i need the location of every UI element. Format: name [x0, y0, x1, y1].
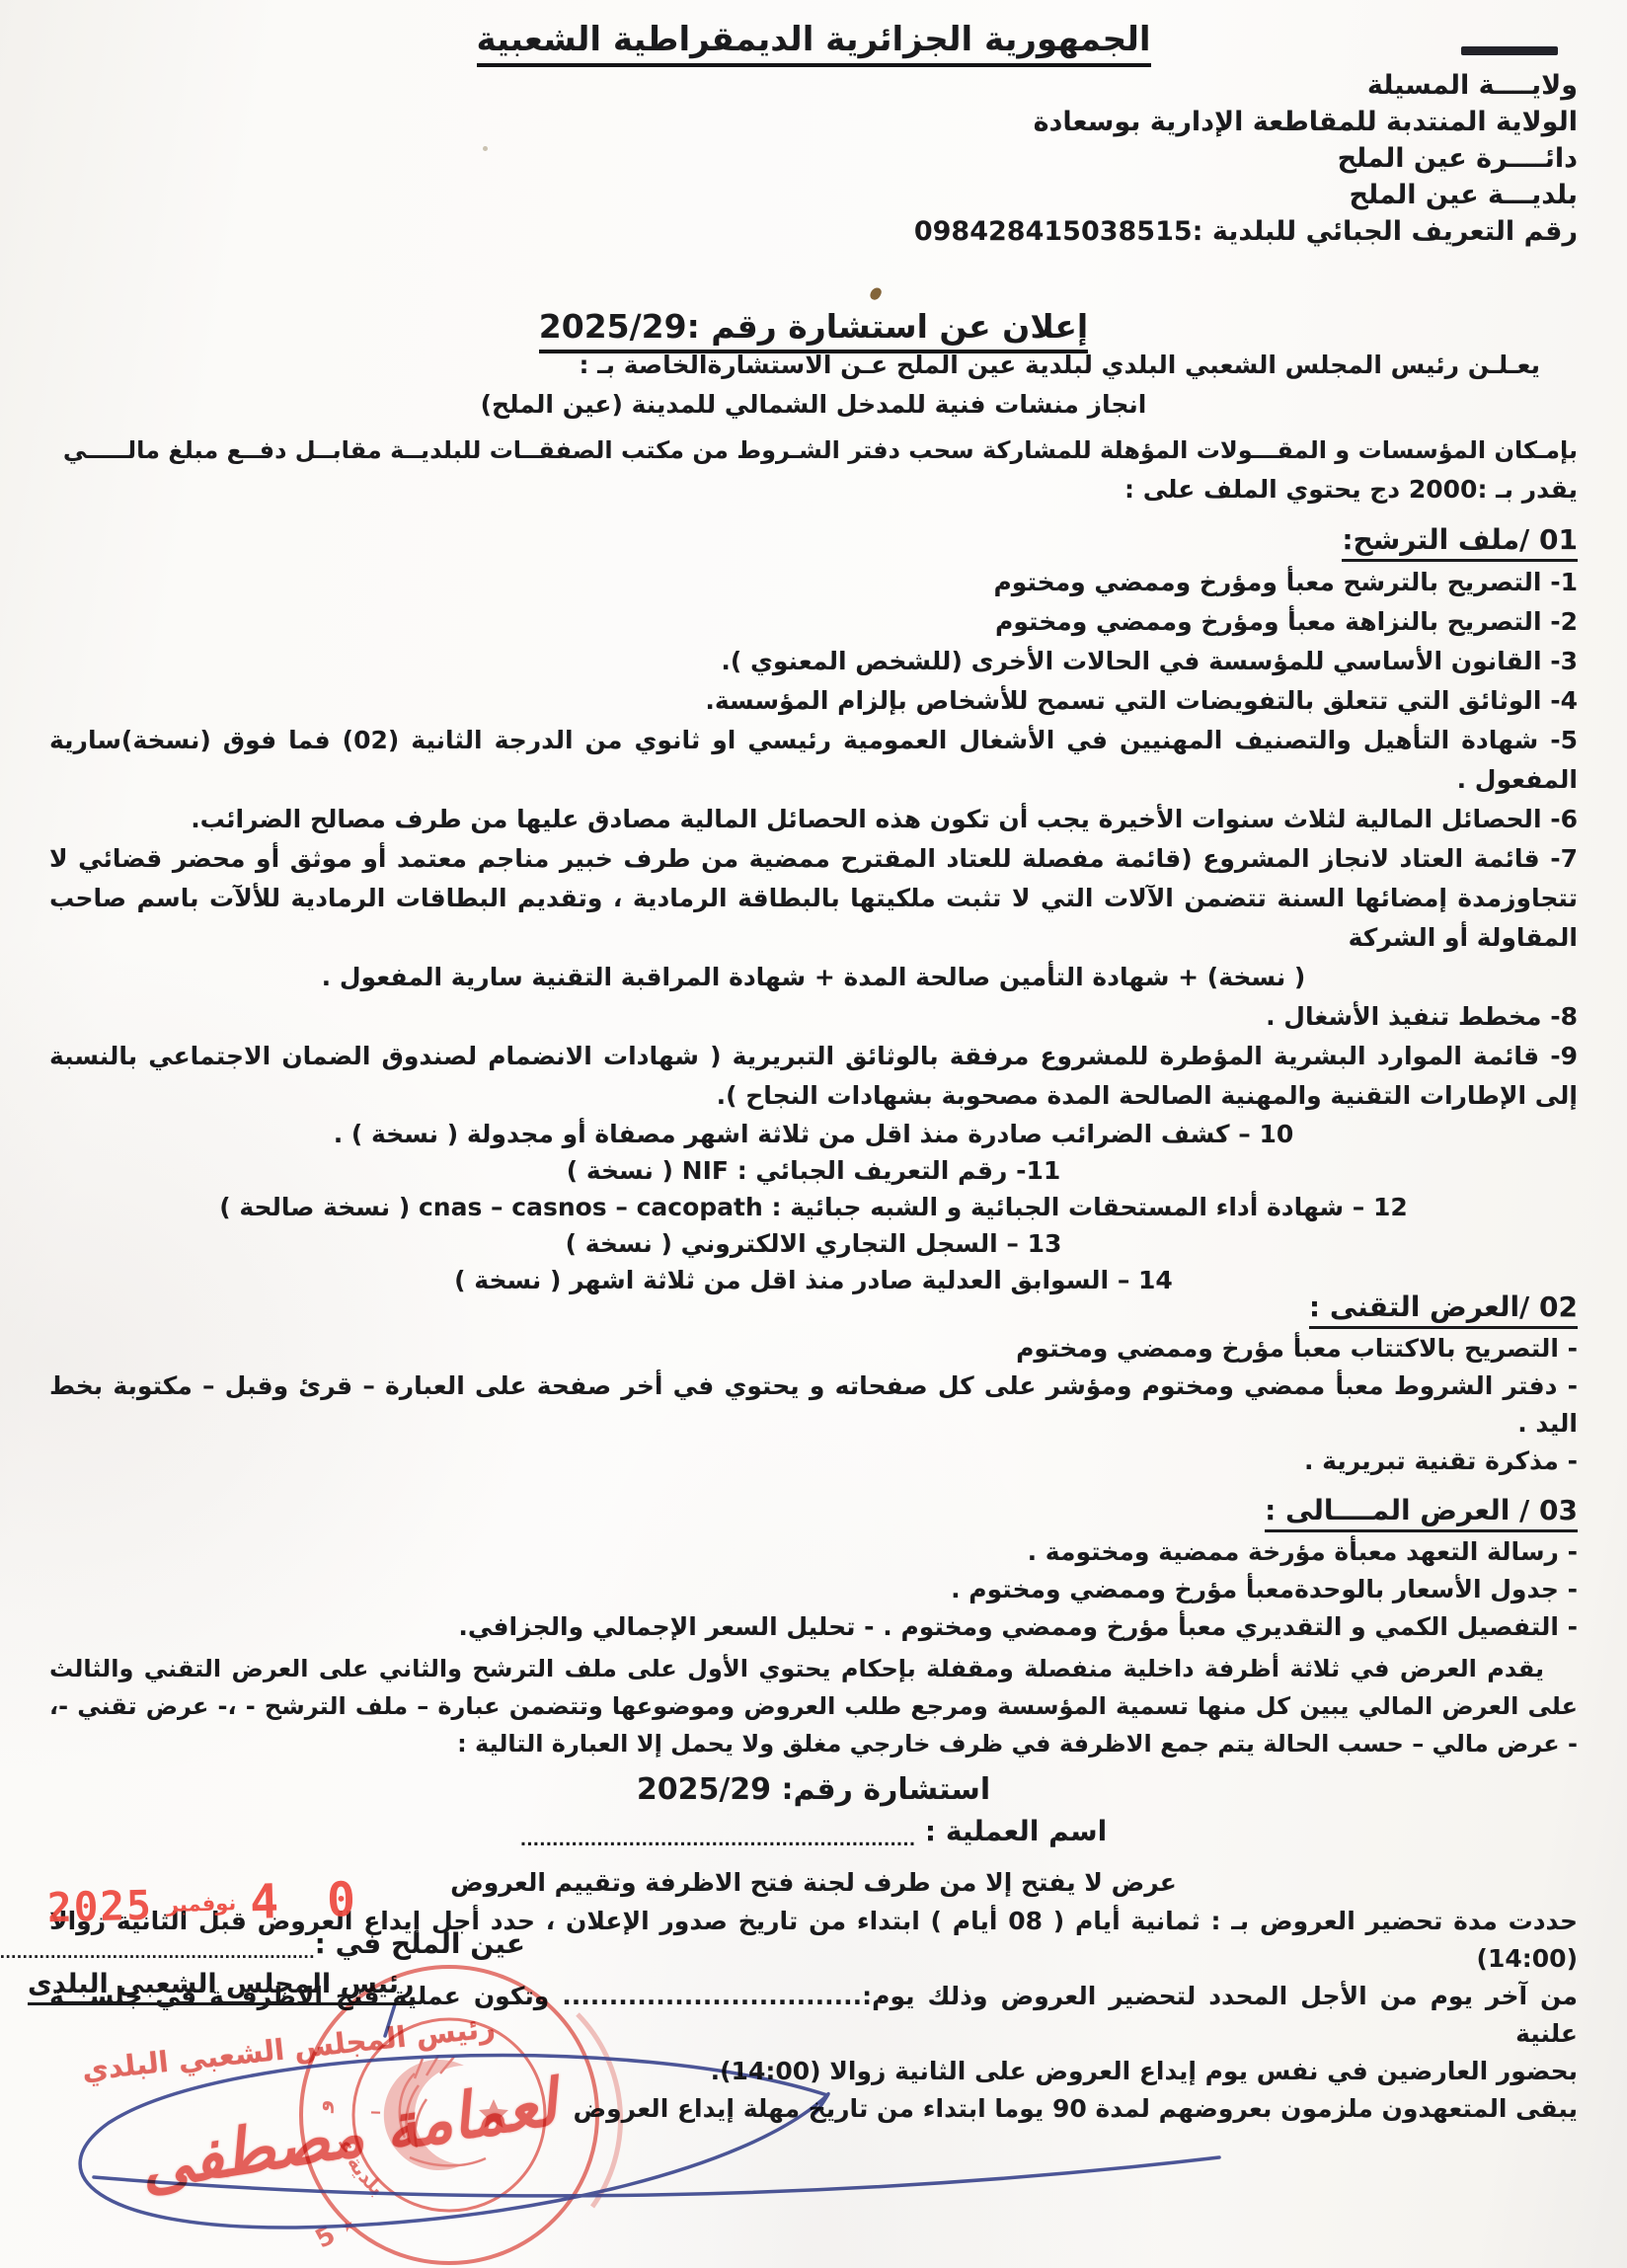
- candidacy-item-7: 7- قائمة العتاد لانجاز المشروع (قائمة مف…: [49, 839, 1578, 958]
- place-blank: ........................................…: [0, 1944, 315, 1960]
- section-candidacy-heading: 01 /ملف الترشح:: [49, 517, 1578, 563]
- country-title-text: الجمهورية الجزائرية الديمقراطية الشعبية: [477, 20, 1151, 67]
- date-stamp: 0 4 نوفمبر 2025: [46, 1872, 365, 1935]
- operation-name-line: اسم العملية : ..........................…: [49, 1812, 1578, 1855]
- candidacy-item-8: 8- مخطط تنفيذ الأشغال .: [49, 997, 1578, 1037]
- candidacy-item-12: 12 – شهادة أداء المستحقات الجبائية و الش…: [49, 1189, 1578, 1225]
- envelope-instructions-paragraph: يقدم العرض في ثلاثة أظرفة داخلية منفصلة …: [49, 1650, 1578, 1762]
- candidacy-item-1: 1- التصريح بالترشح معبأ ومؤرخ وممضي ومخت…: [49, 563, 1578, 602]
- candidacy-item-6: 6- الحصائل المالية لثلاث سنوات الأخيرة ي…: [49, 800, 1578, 839]
- candidacy-item-10: 10 – كشف الضرائب صادرة منذ اقل من ثلاثة …: [49, 1116, 1578, 1152]
- document-body: الجمهورية الجزائرية الديمقراطية الشعبية …: [0, 0, 1627, 2128]
- intro-line: يعـلـن رئيس المجلس الشعبي البلدي لبلدية …: [49, 346, 1578, 385]
- technical-item-1: - التصريح بالاكتتاب معبأ مؤرخ وممضي ومخت…: [49, 1330, 1578, 1368]
- financial-item-3: - التفصيل الكمي و التقديري معبأ مؤرخ ومم…: [49, 1608, 1578, 1646]
- candidacy-item-5: 5- شهادة التأهيل والتصنيف المهنيين في ال…: [49, 721, 1578, 800]
- section-candidacy-heading-text: 01 /ملف الترشح:: [1342, 523, 1578, 562]
- candidacy-item-11: 11- رقم التعريف الجبائي : NIF ( نسخة ): [49, 1152, 1578, 1189]
- candidacy-item-4: 4- الوثائق التي تتعلق بالتفويضات التي تس…: [49, 681, 1578, 721]
- section-financial-heading-text: 03 / العرض المــــالى :: [1265, 1494, 1578, 1532]
- scanned-document-page: الجمهورية الجزائرية الديمقراطية الشعبية …: [0, 0, 1627, 2268]
- section-financial-heading: 03 / العرض المــــالى :: [49, 1488, 1578, 1533]
- date-stamp-day: 0 4: [250, 1872, 366, 1930]
- letterhead-delegated-wilaya: الولاية المنتدبة للمقاطعة الإدارية بوسعا…: [49, 104, 1578, 140]
- financial-item-2: - جدول الأسعار بالوحدةمعبأ مؤرخ وممضي وم…: [49, 1571, 1578, 1608]
- letterhead-commune: بلديـــة عين الملح: [49, 177, 1578, 213]
- candidacy-item-2: 2- التصريح بالنزاهة معبأ ومؤرخ وممضي ومخ…: [49, 602, 1578, 642]
- technical-item-3: - مذكرة تقنية تبريرية .: [49, 1443, 1578, 1480]
- letterhead-wilaya: ولايــــة المسيلة: [49, 67, 1578, 104]
- participation-line: بإمـكان المؤسسات و المقـــولات المؤهلة ل…: [49, 430, 1578, 470]
- candidacy-item-3: 3- القانون الأساسي للمؤسسة في الحالات ال…: [49, 642, 1578, 681]
- section-technical-heading-text: 02 /العرض التقنى :: [1309, 1290, 1578, 1329]
- financial-item-1: - رسالة التعهد معبأة مؤرخة ممضية ومختومة…: [49, 1533, 1578, 1571]
- fee-line: يقدر بـ :2000 دج يحتوي الملف على :: [49, 470, 1578, 509]
- candidacy-item-13: 13 – السجل التجاري الالكتروني ( نسخة ): [49, 1225, 1578, 1262]
- letterhead-fiscal-id: رقم التعريف الجبائي للبلدية :09842841503…: [49, 213, 1578, 250]
- candidacy-item-7-tail: ( نسخة) + شهادة التأمين صالحة المدة + شه…: [49, 958, 1578, 997]
- date-stamp-year: 2025: [46, 1881, 153, 1931]
- technical-item-2: - دفتر الشروط معبأ ممضي ومختوم ومؤشر على…: [49, 1368, 1578, 1443]
- operation-name-label: اسم العملية :: [915, 1815, 1107, 1847]
- envelope-reference: استشارة رقم: 2025/29: [49, 1768, 1578, 1812]
- operation-name-blank: ........................................…: [520, 1831, 915, 1850]
- announcement-title: إعلان عن استشارة رقم :2025/29: [49, 307, 1578, 346]
- signatory-role-text: رئيس المجلس الشعبى البلدى: [28, 1969, 414, 2005]
- signatory-role-line: رئيس المجلس الشعبى البلدى: [28, 1969, 414, 1999]
- candidacy-item-9: 9- قائمة الموارد البشرية المؤطرة للمشروع…: [49, 1037, 1578, 1116]
- place-and-date-line: عين الملح في :..........................…: [0, 1927, 525, 1960]
- country-title: الجمهورية الجزائرية الديمقراطية الشعبية: [49, 20, 1578, 59]
- stamp-star-number: ٭ 5: [311, 2210, 361, 2255]
- letterhead: ولايــــة المسيلة الولاية المنتدبة للمقا…: [49, 67, 1578, 250]
- project-title: انجاز منشات فنية للمدخل الشمالي للمدينة …: [49, 385, 1578, 425]
- place-label: عين الملح في :: [315, 1927, 525, 1960]
- date-stamp-month: نوفمبر: [166, 1891, 236, 1916]
- letterhead-daira: دائــــرة عين الملح: [49, 140, 1578, 177]
